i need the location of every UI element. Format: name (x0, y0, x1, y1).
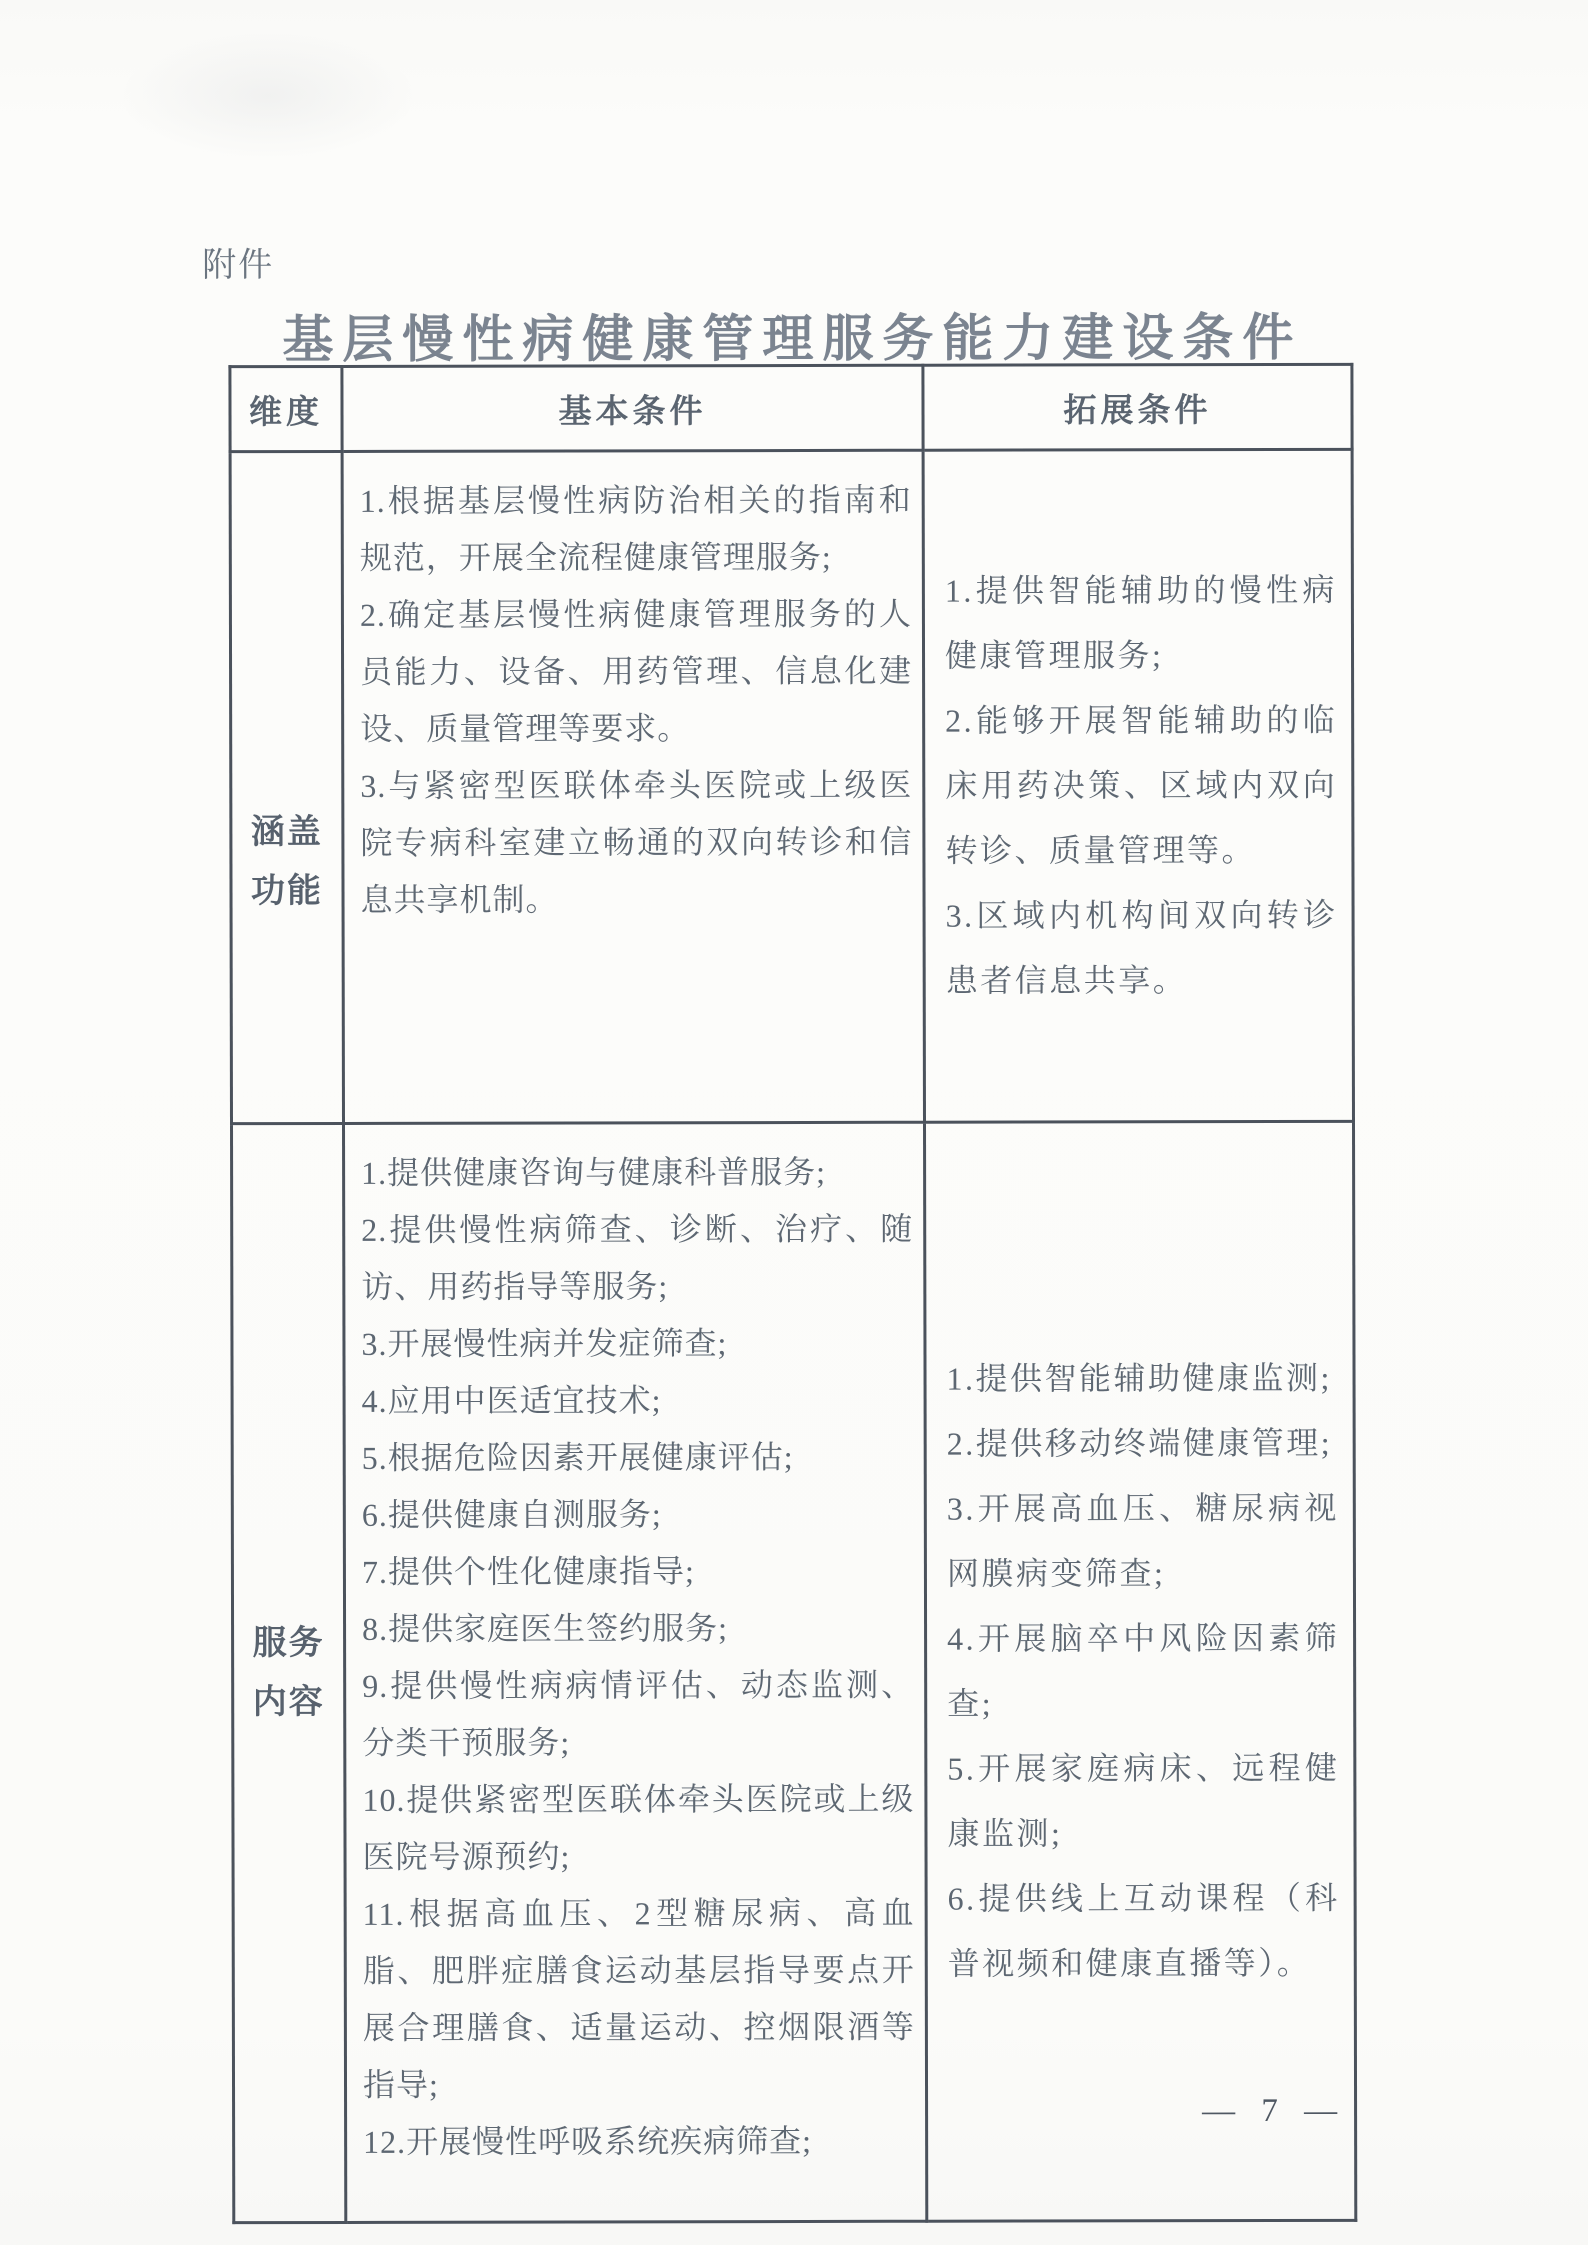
condition-item: 2.能够开展智能辅助的临床用药决策、区域内双向转诊、质量管理等。 (945, 688, 1337, 884)
condition-item: 3.与紧密型医联体牵头医院或上级医院专病科室建立畅通的双向转诊和信息共享机制。 (360, 757, 912, 929)
condition-item: 7.提供个性化健康指导; (362, 1543, 914, 1601)
condition-item: 2.提供慢性病筛查、诊断、治疗、随访、用药指导等服务; (361, 1201, 913, 1316)
conditions-table: 维度 基本条件 拓展条件 涵盖功能 1.根据基层慢性病防治相关的指南和规范，开展… (228, 363, 1357, 2224)
condition-item: 6.提供健康自测服务; (362, 1486, 914, 1544)
condition-item: 12.开展慢性呼吸系统疾病筛查; (363, 2113, 915, 2171)
condition-item: 2.提供移动终端健康管理; (947, 1411, 1339, 1477)
condition-item: 1.根据基层慢性病防治相关的指南和规范，开展全流程健康管理服务; (360, 472, 912, 587)
condition-item: 1.提供智能辅助的慢性病健康管理服务; (945, 558, 1337, 689)
extended-conditions-cell: 1.提供智能辅助的慢性病健康管理服务; 2.能够开展智能辅助的临床用药决策、区域… (923, 449, 1353, 1122)
condition-item: 6.提供线上互动课程（科普视频和健康直播等）。 (948, 1866, 1340, 1997)
scanned-document-page: 附件 基层慢性病健康管理服务能力建设条件 维度 基本条件 拓展条件 (0, 0, 1588, 2245)
table-row-service-content: 服务内容 1.提供健康咨询与健康科普服务; 2.提供慢性病筛查、诊断、治疗、随访… (232, 1121, 1356, 2222)
condition-item: 2.确定基层慢性病健康管理服务的人员能力、设备、用药管理、信息化建设、质量管理等… (360, 586, 912, 758)
dimension-label: 涵盖功能 (248, 802, 326, 921)
table-row-coverage-functions: 涵盖功能 1.根据基层慢性病防治相关的指南和规范，开展全流程健康管理服务; 2.… (230, 449, 1353, 1123)
attachment-label: 附件 (202, 237, 274, 286)
col-header-dimension: 维度 (230, 366, 342, 451)
condition-item: 3.开展慢性病并发症筛查; (361, 1315, 913, 1373)
condition-item: 1.提供健康咨询与健康科普服务; (361, 1144, 913, 1202)
header-row: 维度 基本条件 拓展条件 (230, 364, 1352, 451)
condition-item: 11.根据高血压、2型糖尿病、高血脂、肥胖症膳食运动基层指导要点开展合理膳食、适… (363, 1885, 915, 2114)
page-title: 基层慢性病健康管理服务能力建设条件 (0, 295, 1586, 372)
scan-smudge-artifact (118, 31, 418, 162)
extended-conditions-cell: 1.提供智能辅助健康监测; 2.提供移动终端健康管理; 3.开展高血压、糖尿病视… (924, 1121, 1355, 2221)
condition-item: 4.开展脑卒中风险因素筛查; (947, 1606, 1339, 1737)
condition-item: 9.提供慢性病病情评估、动态监测、分类干预服务; (362, 1657, 914, 1772)
conditions-table-wrap: 维度 基本条件 拓展条件 涵盖功能 1.根据基层慢性病防治相关的指南和规范，开展… (228, 363, 1357, 2224)
page-content: 附件 基层慢性病健康管理服务能力建设条件 维度 基本条件 拓展条件 (0, 0, 1588, 2245)
dimension-cell-coverage-functions: 涵盖功能 (230, 451, 343, 1123)
condition-item: 3.开展高血压、糖尿病视网膜病变筛查; (947, 1476, 1339, 1607)
col-header-basic-conditions: 基本条件 (342, 365, 923, 451)
dimension-label: 服务内容 (249, 1613, 327, 1732)
condition-item: 5.根据危险因素开展健康评估; (362, 1429, 914, 1487)
condition-item: 3.区域内机构间双向转诊患者信息共享。 (946, 883, 1338, 1014)
condition-item: 1.提供智能辅助健康监测; (946, 1346, 1338, 1412)
basic-conditions-cell: 1.提供健康咨询与健康科普服务; 2.提供慢性病筛查、诊断、治疗、随访、用药指导… (344, 1122, 927, 2222)
page-number: — 7 — (1202, 2093, 1346, 2130)
condition-item: 10.提供紧密型医联体牵头医院或上级医院号源预约; (362, 1771, 914, 1886)
col-header-extended-conditions: 拓展条件 (923, 364, 1352, 450)
condition-item: 4.应用中医适宜技术; (362, 1372, 914, 1430)
condition-item: 5.开展家庭病床、远程健康监测; (947, 1736, 1339, 1867)
dimension-cell-service-content: 服务内容 (232, 1123, 346, 2222)
basic-conditions-cell: 1.根据基层慢性病防治相关的指南和规范，开展全流程健康管理服务; 2.确定基层慢… (342, 450, 924, 1123)
condition-item: 8.提供家庭医生签约服务; (362, 1600, 914, 1658)
